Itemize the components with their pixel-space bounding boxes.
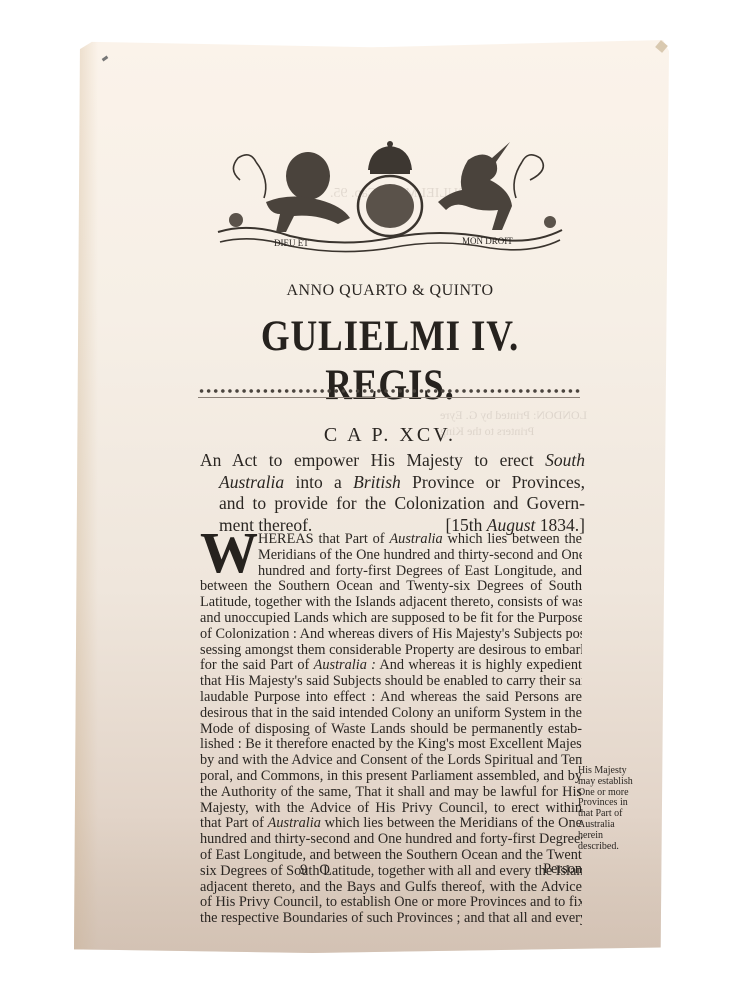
body-line: HEREAS that Part of Australia which lies… [200,532,582,548]
royal-coat-of-arms: DIEU ET MON DROIT [210,140,570,258]
body-line: hundred and thirty-second and One hundre… [200,832,582,848]
body-line: six Degrees of South Latitude, together … [200,864,582,880]
catchword: Person [540,861,582,878]
body-line: desirous that in the said intended Colon… [200,706,582,722]
monarch-heading: GULIELMI IV. REGIS. [209,312,570,410]
body-line: laudable Purpose into effect : And where… [200,690,582,706]
body-line: of His Privy Council, to establish One o… [200,895,582,911]
body-line: the respective Boundaries of such Provin… [200,911,582,927]
body-line: and unoccupied Lands which are supposed … [200,611,582,627]
regnal-year-heading: ANNO QUARTO & QUINTO [190,282,590,300]
chapter-number: C A P. XCV. [190,424,590,447]
rule-line [198,397,580,398]
body-line: poral, and Commons, in this present Parl… [200,769,582,785]
body-line: that His Majesty's said Subjects should … [200,674,582,690]
body-line: Meridians of the One hundred and thirty-… [200,548,582,564]
title-line: An Act to empower His Majesty to erect S… [200,450,585,472]
photo-stage: GULIELMI IV. Cap. 95. LONDON: Printed by… [0,0,750,1000]
show-through-text: LONDON: Printed by G. Eyre [440,408,587,423]
body-line: sessing amongst them considerable Proper… [200,643,582,659]
marginal-note: His Majestymay establishOne or moreProvi… [578,766,648,852]
body-line: adjacent thereto, and the Bays and Gulfs… [200,880,582,896]
ornamental-rule [198,388,580,394]
body-line: lished : Be it therefore enacted by the … [200,737,582,753]
title-line: and to provide for the Colonization and … [200,493,585,515]
body-line: the Authority of the same, That it shall… [200,785,582,801]
body-line: by and with the Advice and Consent of th… [200,753,582,769]
motto-left: DIEU ET [274,238,309,248]
margin-note-line: described. [578,842,648,853]
act-body-text: HEREAS that Part of Australia which lies… [200,532,582,927]
body-line: of East Longitude, and between the South… [200,848,582,864]
body-line: hundred and forty-first Degrees of East … [200,564,582,580]
margin-note-line: herein [578,831,648,842]
body-line: between the Southern Ocean and Twenty-si… [200,579,582,595]
coat-of-arms-icon: DIEU ET MON DROIT [210,140,570,258]
printer-signature: 9 O [300,862,334,879]
body-line: of Colonization : And whereas divers of … [200,627,582,643]
body-line: Majesty, with the Advice of His Privy Co… [200,801,582,817]
body-line: Latitude, together with the Islands adja… [200,595,582,611]
title-line: Australia into a British Province or Pro… [200,472,585,494]
margin-note-line: may establish [578,777,648,788]
body-line: for the said Part of Australia : And whe… [200,658,582,674]
body-line: that Part of Australia which lies betwee… [200,816,582,832]
body-line: Mode of disposing of Waste Lands should … [200,722,582,738]
motto-right: MON DROIT [462,236,513,246]
